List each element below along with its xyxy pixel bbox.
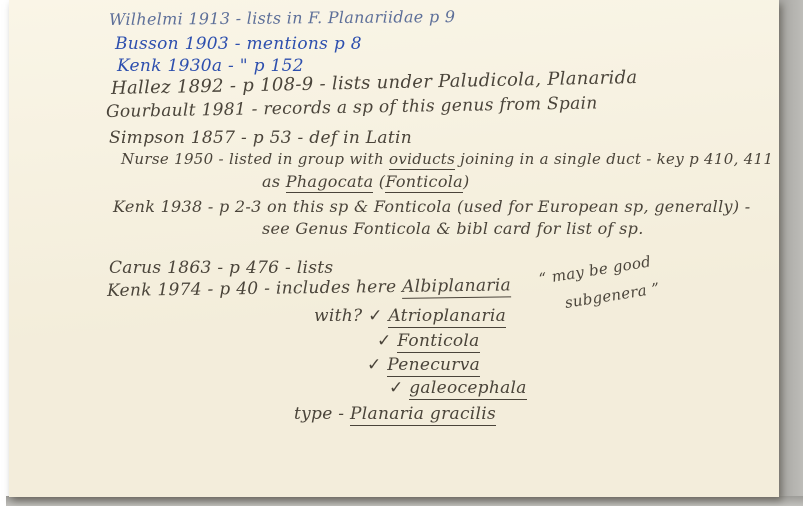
- entry-fonticola: ✓ Fonticola: [377, 331, 480, 351]
- underlined-term: galeocephala: [409, 378, 526, 400]
- text-segment: ): [463, 172, 470, 191]
- checkmark-icon: ✓: [367, 355, 387, 375]
- entry-carus-1863: Carus 1863 - p 476 - lists: [109, 258, 333, 278]
- underlined-term: Atrioplanaria: [388, 306, 506, 328]
- entry-phagocata-note: as Phagocata (Fonticola): [262, 172, 470, 191]
- entry-nurse-1950: Nurse 1950 - listed in group with oviduc…: [121, 150, 773, 168]
- underlined-term: oviducts: [389, 150, 455, 170]
- text-segment: Busson 1903 - mentions p 8: [115, 34, 362, 54]
- scan-edge-right: [779, 0, 803, 506]
- entry-galeocephala: ✓ galeocephala: [389, 378, 527, 398]
- text-segment: Simpson 1857 - p 53 - def in Latin: [109, 128, 412, 148]
- entry-busson-1903: Busson 1903 - mentions p 8: [115, 34, 362, 54]
- entry-kenk-1974: Kenk 1974 - p 40 - includes here Albipla…: [107, 275, 511, 301]
- text-segment: with?: [314, 306, 368, 326]
- checkmark-icon: ✓: [389, 378, 409, 398]
- entry-type-species: type - Planaria gracilis: [294, 404, 496, 424]
- index-card: Wilhelmi 1913 - lists in F. Planariidae …: [9, 0, 779, 497]
- text-segment: subgenera ”: [564, 279, 661, 312]
- entry-see-genus-note: see Genus Fonticola & bibl card for list…: [262, 219, 644, 238]
- text-segment: Kenk 1974 - p 40 - includes here: [107, 277, 402, 301]
- underlined-term: Fonticola: [397, 331, 479, 353]
- checkmark-icon: ✓: [368, 306, 388, 326]
- text-segment: Nurse 1950 - listed in group with: [121, 150, 389, 168]
- checkmark-icon: ✓: [377, 331, 397, 351]
- entry-kenk-1938: Kenk 1938 - p 2-3 on this sp & Fonticola…: [113, 197, 751, 216]
- entry-kenk-1930a: Kenk 1930a - " p 152: [117, 56, 304, 76]
- entry-simpson-1857: Simpson 1857 - p 53 - def in Latin: [109, 128, 412, 148]
- underlined-term: Planaria gracilis: [350, 404, 496, 426]
- text-segment: Kenk 1930a - " p 152: [117, 56, 304, 76]
- underlined-term: Fonticola: [385, 172, 463, 193]
- text-segment: see Genus Fonticola & bibl card for list…: [262, 219, 644, 238]
- underlined-term: Penecurva: [387, 355, 480, 377]
- scan-edge-bottom: [6, 496, 803, 506]
- scan-background: Wilhelmi 1913 - lists in F. Planariidae …: [0, 0, 803, 506]
- underlined-term: Phagocata: [286, 172, 374, 193]
- text-segment: joining in a single duct - key p 410, 41…: [455, 150, 773, 168]
- text-segment: Kenk 1938 - p 2-3 on this sp & Fonticola…: [113, 197, 751, 216]
- text-segment: (: [373, 172, 385, 191]
- underlined-term: Albiplanaria: [402, 275, 511, 299]
- margin-note-line-2: subgenera ”: [564, 279, 661, 312]
- entry-wilhelmi-1913: Wilhelmi 1913 - lists in F. Planariidae …: [109, 7, 455, 29]
- entry-penecurva: ✓ Penecurva: [367, 355, 480, 375]
- entry-gourbault-1981: Gourbault 1981 - records a sp of this ge…: [106, 93, 598, 122]
- text-segment: Wilhelmi 1913 - lists in F. Planariidae …: [109, 7, 455, 29]
- text-segment: Carus 1863 - p 476 - lists: [109, 258, 333, 278]
- text-segment: Gourbault 1981 - records a sp of this ge…: [106, 93, 598, 122]
- text-segment: type -: [294, 404, 350, 424]
- entry-with-atrioplanaria: with? ✓ Atrioplanaria: [314, 306, 506, 326]
- text-segment: as: [262, 172, 286, 191]
